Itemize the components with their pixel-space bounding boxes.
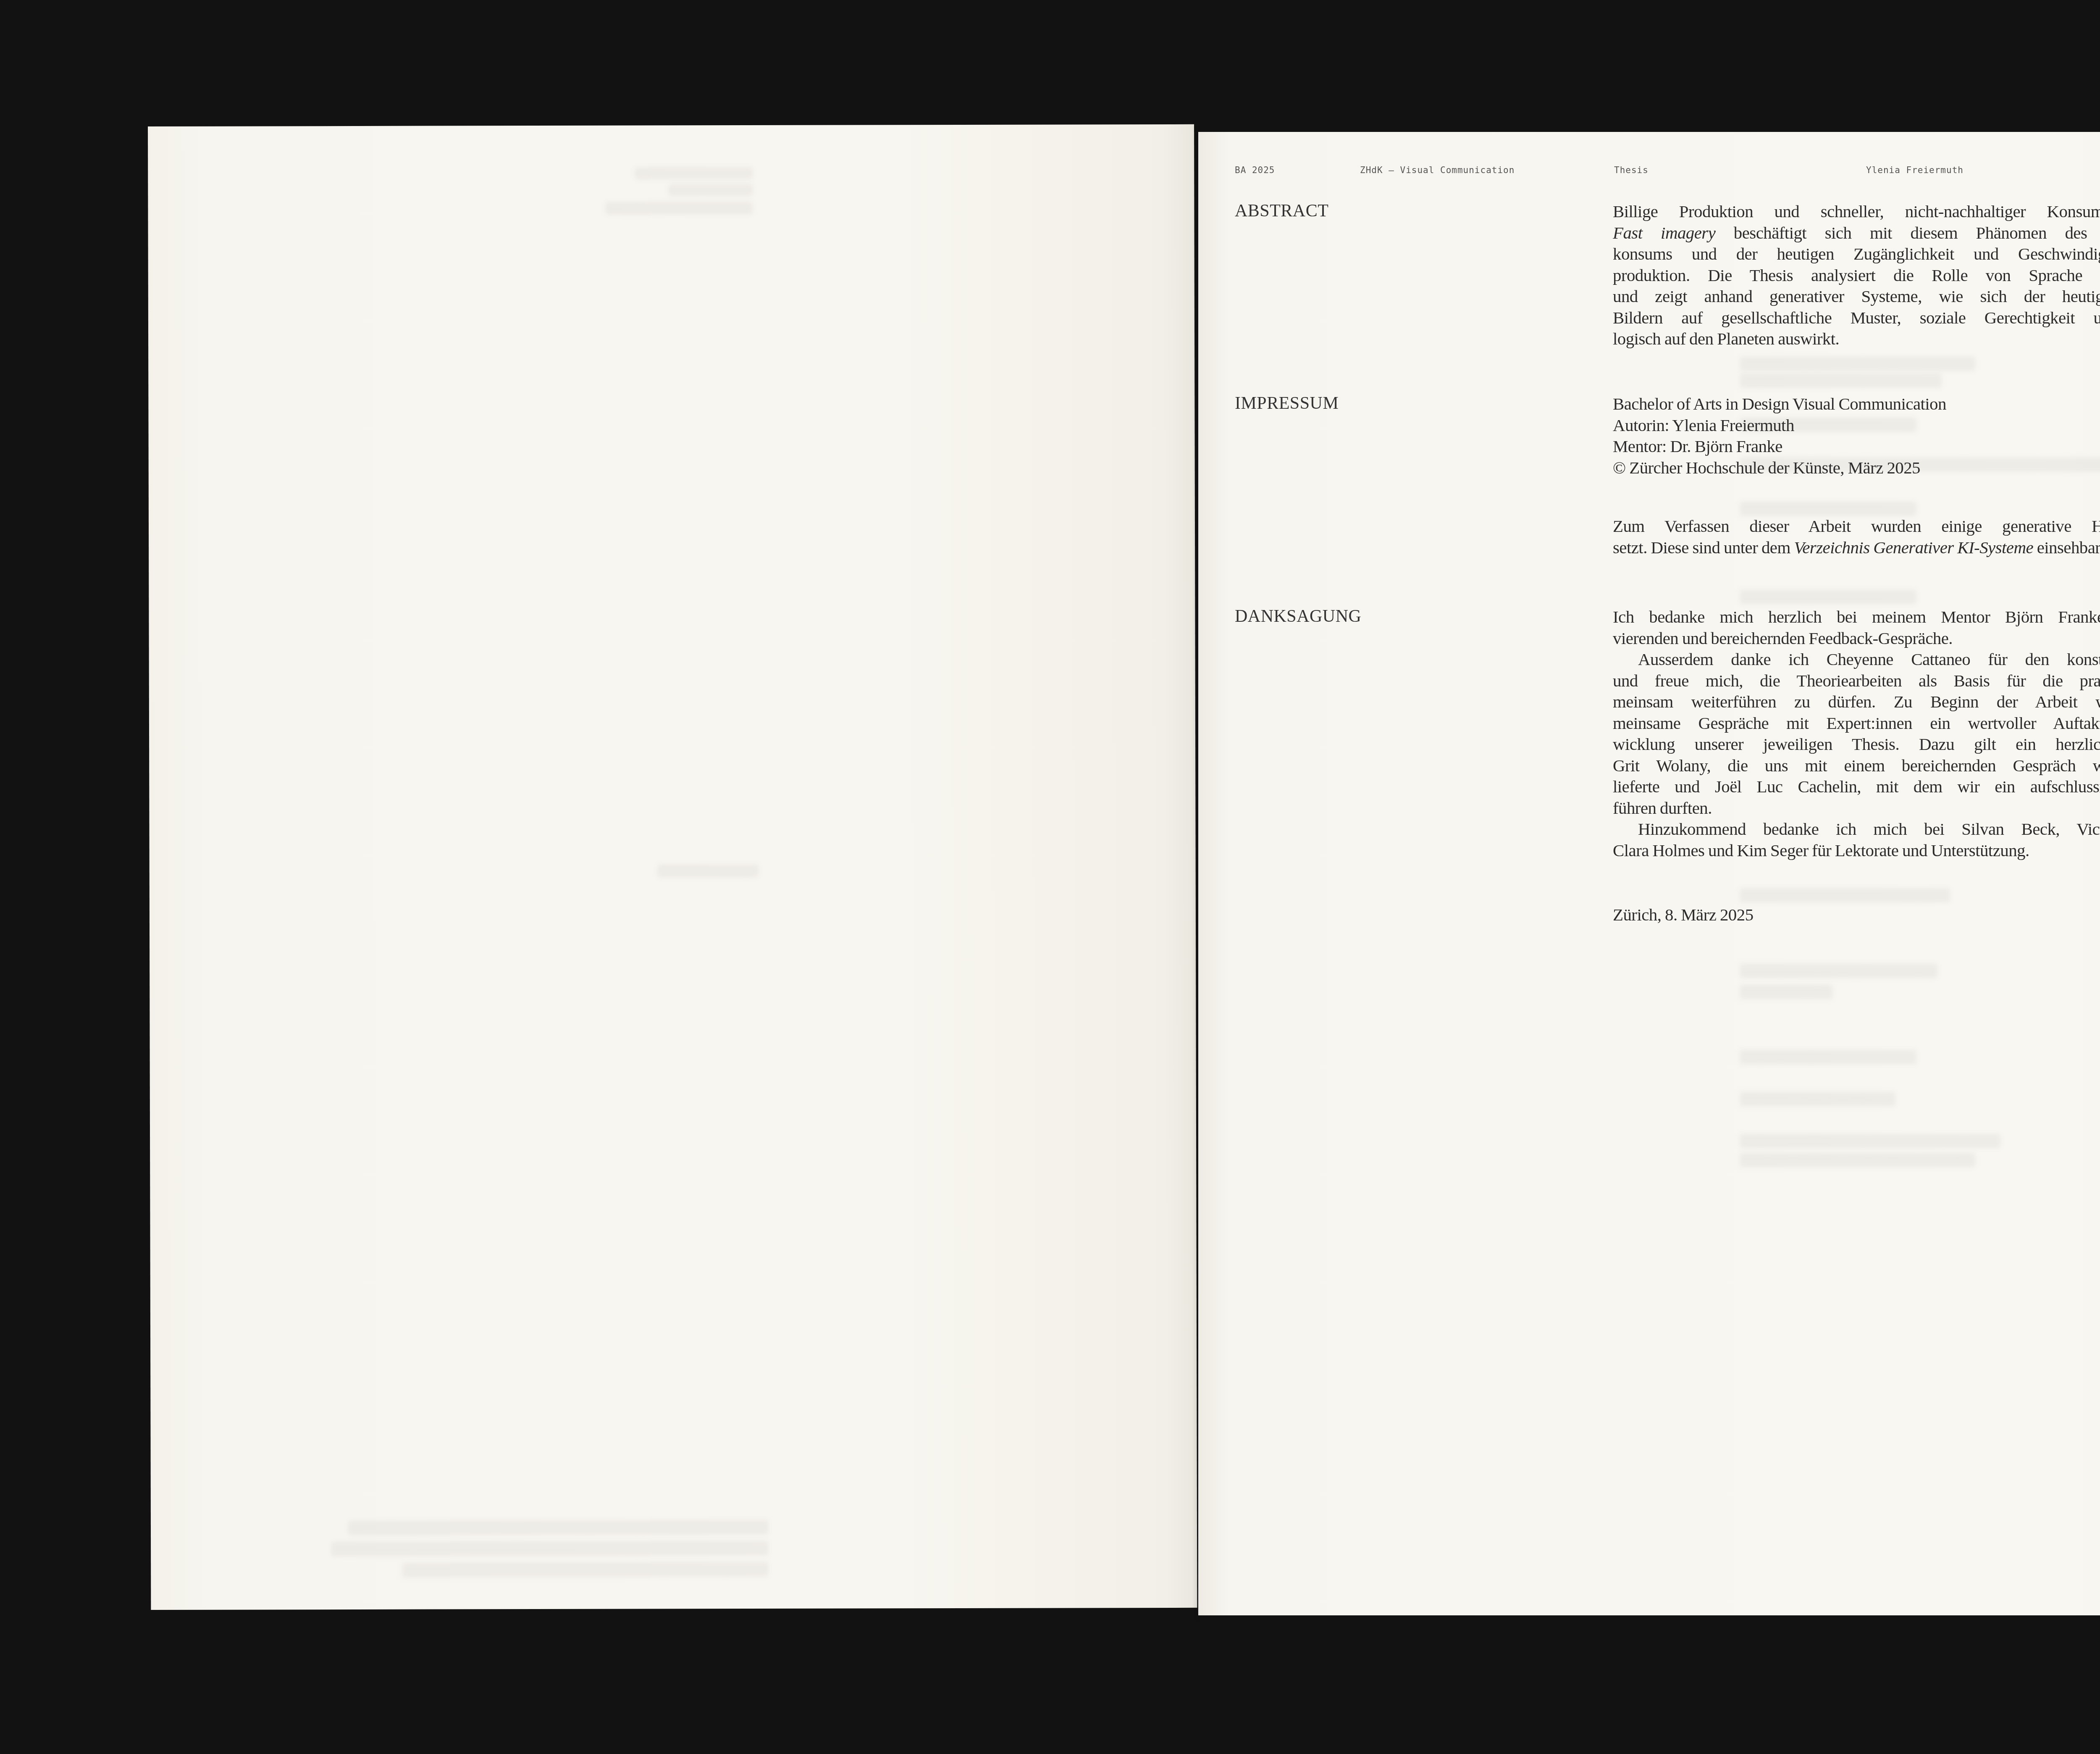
abstract-line: konsums und der heutigen Zugänglichkeit …: [1613, 243, 2100, 265]
show-through-mark: [1740, 502, 1916, 516]
show-through-mark: [1740, 373, 1942, 388]
danksagung-line: Hinzukommend bedanke ich mich bei Silvan…: [1613, 818, 2100, 840]
danksagung-line: wicklung unserer jeweiligen Thesis. Dazu…: [1613, 734, 2100, 755]
running-head-type: Thesis: [1614, 165, 1648, 175]
impressum-text: Bachelor of Arts in Design Visual Commun…: [1613, 393, 2100, 478]
show-through-mark: [1740, 1092, 1895, 1106]
danksagung-line: meinsam weiterführen zu dürfen. Zu Begin…: [1613, 691, 2100, 713]
show-through-mark: [1740, 985, 1832, 999]
abstract-line: produktion. Die Thesis analysiert die Ro…: [1613, 265, 2100, 286]
danksagung-line: und freue mich, die Theoriearbeiten als …: [1613, 670, 2100, 692]
section-label-danksagung: DANKSAGUNG: [1235, 606, 1361, 626]
show-through-mark: [669, 184, 753, 196]
abstract-line: und zeigt anhand generativer Systeme, wi…: [1613, 286, 2100, 307]
show-through-mark: [1740, 964, 1937, 978]
emphasis-ki-verzeichnis: Verzeichnis Generativer KI-Systeme: [1794, 538, 2033, 557]
show-through-mark: [1740, 1153, 1975, 1167]
signoff-line: Zürich, 8. März 2025: [1613, 904, 2100, 926]
show-through-mark: [331, 1541, 768, 1556]
danksagung-line: vierenden und bereichernden Feedback-Ges…: [1613, 628, 2100, 649]
show-through-mark: [1740, 1134, 2000, 1148]
show-through-mark: [606, 202, 753, 215]
danksagung-line: Ich bedanke mich herzlich bei meinem Men…: [1613, 606, 2100, 628]
right-page: [1198, 132, 2100, 1615]
ai-note-line: Zum Verfassen dieser Arbeit wurden einig…: [1613, 515, 2100, 537]
show-through-mark: [1740, 590, 1916, 604]
ai-note-line: setzt. Diese sind unter dem Verzeichnis …: [1613, 537, 2100, 558]
signoff-place-date: Zürich, 8. März 2025: [1613, 904, 2100, 926]
show-through-mark: [1740, 888, 1950, 902]
running-head-year: BA 2025: [1235, 165, 1275, 175]
section-label-impressum: IMPRESSUM: [1235, 393, 1339, 413]
show-through-mark: [403, 1562, 768, 1577]
show-through-mark: [1740, 357, 1975, 371]
danksagung-line: führen durften.: [1613, 797, 2100, 819]
emphasis-fast-imagery: Fast imagery: [1613, 223, 1715, 242]
abstract-line: Fast imagery beschäftigt sich mit diesem…: [1613, 222, 2100, 244]
impressum-degree: Bachelor of Arts in Design Visual Commun…: [1613, 393, 2100, 415]
show-through-mark: [1740, 1050, 1916, 1064]
danksagung-line: Clara Holmes und Kim Seger für Lektorate…: [1613, 840, 2100, 861]
running-head-program: ZHdK – Visual Communication: [1360, 165, 1515, 175]
show-through-mark: [348, 1520, 768, 1535]
abstract-line: logisch auf den Planeten auswirkt.: [1613, 328, 2100, 350]
ai-usage-note: Zum Verfassen dieser Arbeit wurden einig…: [1613, 515, 2100, 558]
abstract-line: Billige Produktion und schneller, nicht-…: [1613, 201, 2100, 222]
abstract-line: Bildern auf gesellschaftliche Muster, so…: [1613, 307, 2100, 329]
danksagung-line: meinsame Gespräche mit Expert:innen ein …: [1613, 713, 2100, 734]
show-through-mark: [635, 167, 753, 179]
section-label-abstract: ABSTRACT: [1235, 201, 1328, 221]
impressum-copyright: © Zürcher Hochschule der Künste, März 20…: [1613, 457, 2100, 479]
show-through-mark: [658, 865, 759, 878]
running-head-author: Ylenia Freiermuth: [1866, 165, 1963, 175]
abstract-text: Billige Produktion und schneller, nicht-…: [1613, 201, 2100, 350]
impressum-author: Autorin: Ylenia Freiermuth: [1613, 415, 2100, 436]
danksagung-text: Ich bedanke mich herzlich bei meinem Men…: [1613, 606, 2100, 861]
impressum-mentor: Mentor: Dr. Björn Franke: [1613, 436, 2100, 457]
left-page: [148, 124, 1197, 1610]
danksagung-line: lieferte und Joël Luc Cachelin, mit dem …: [1613, 776, 2100, 797]
danksagung-line: Ausserdem danke ich Cheyenne Cattaneo fü…: [1613, 649, 2100, 670]
danksagung-line: Grit Wolany, die uns mit einem bereicher…: [1613, 755, 2100, 776]
